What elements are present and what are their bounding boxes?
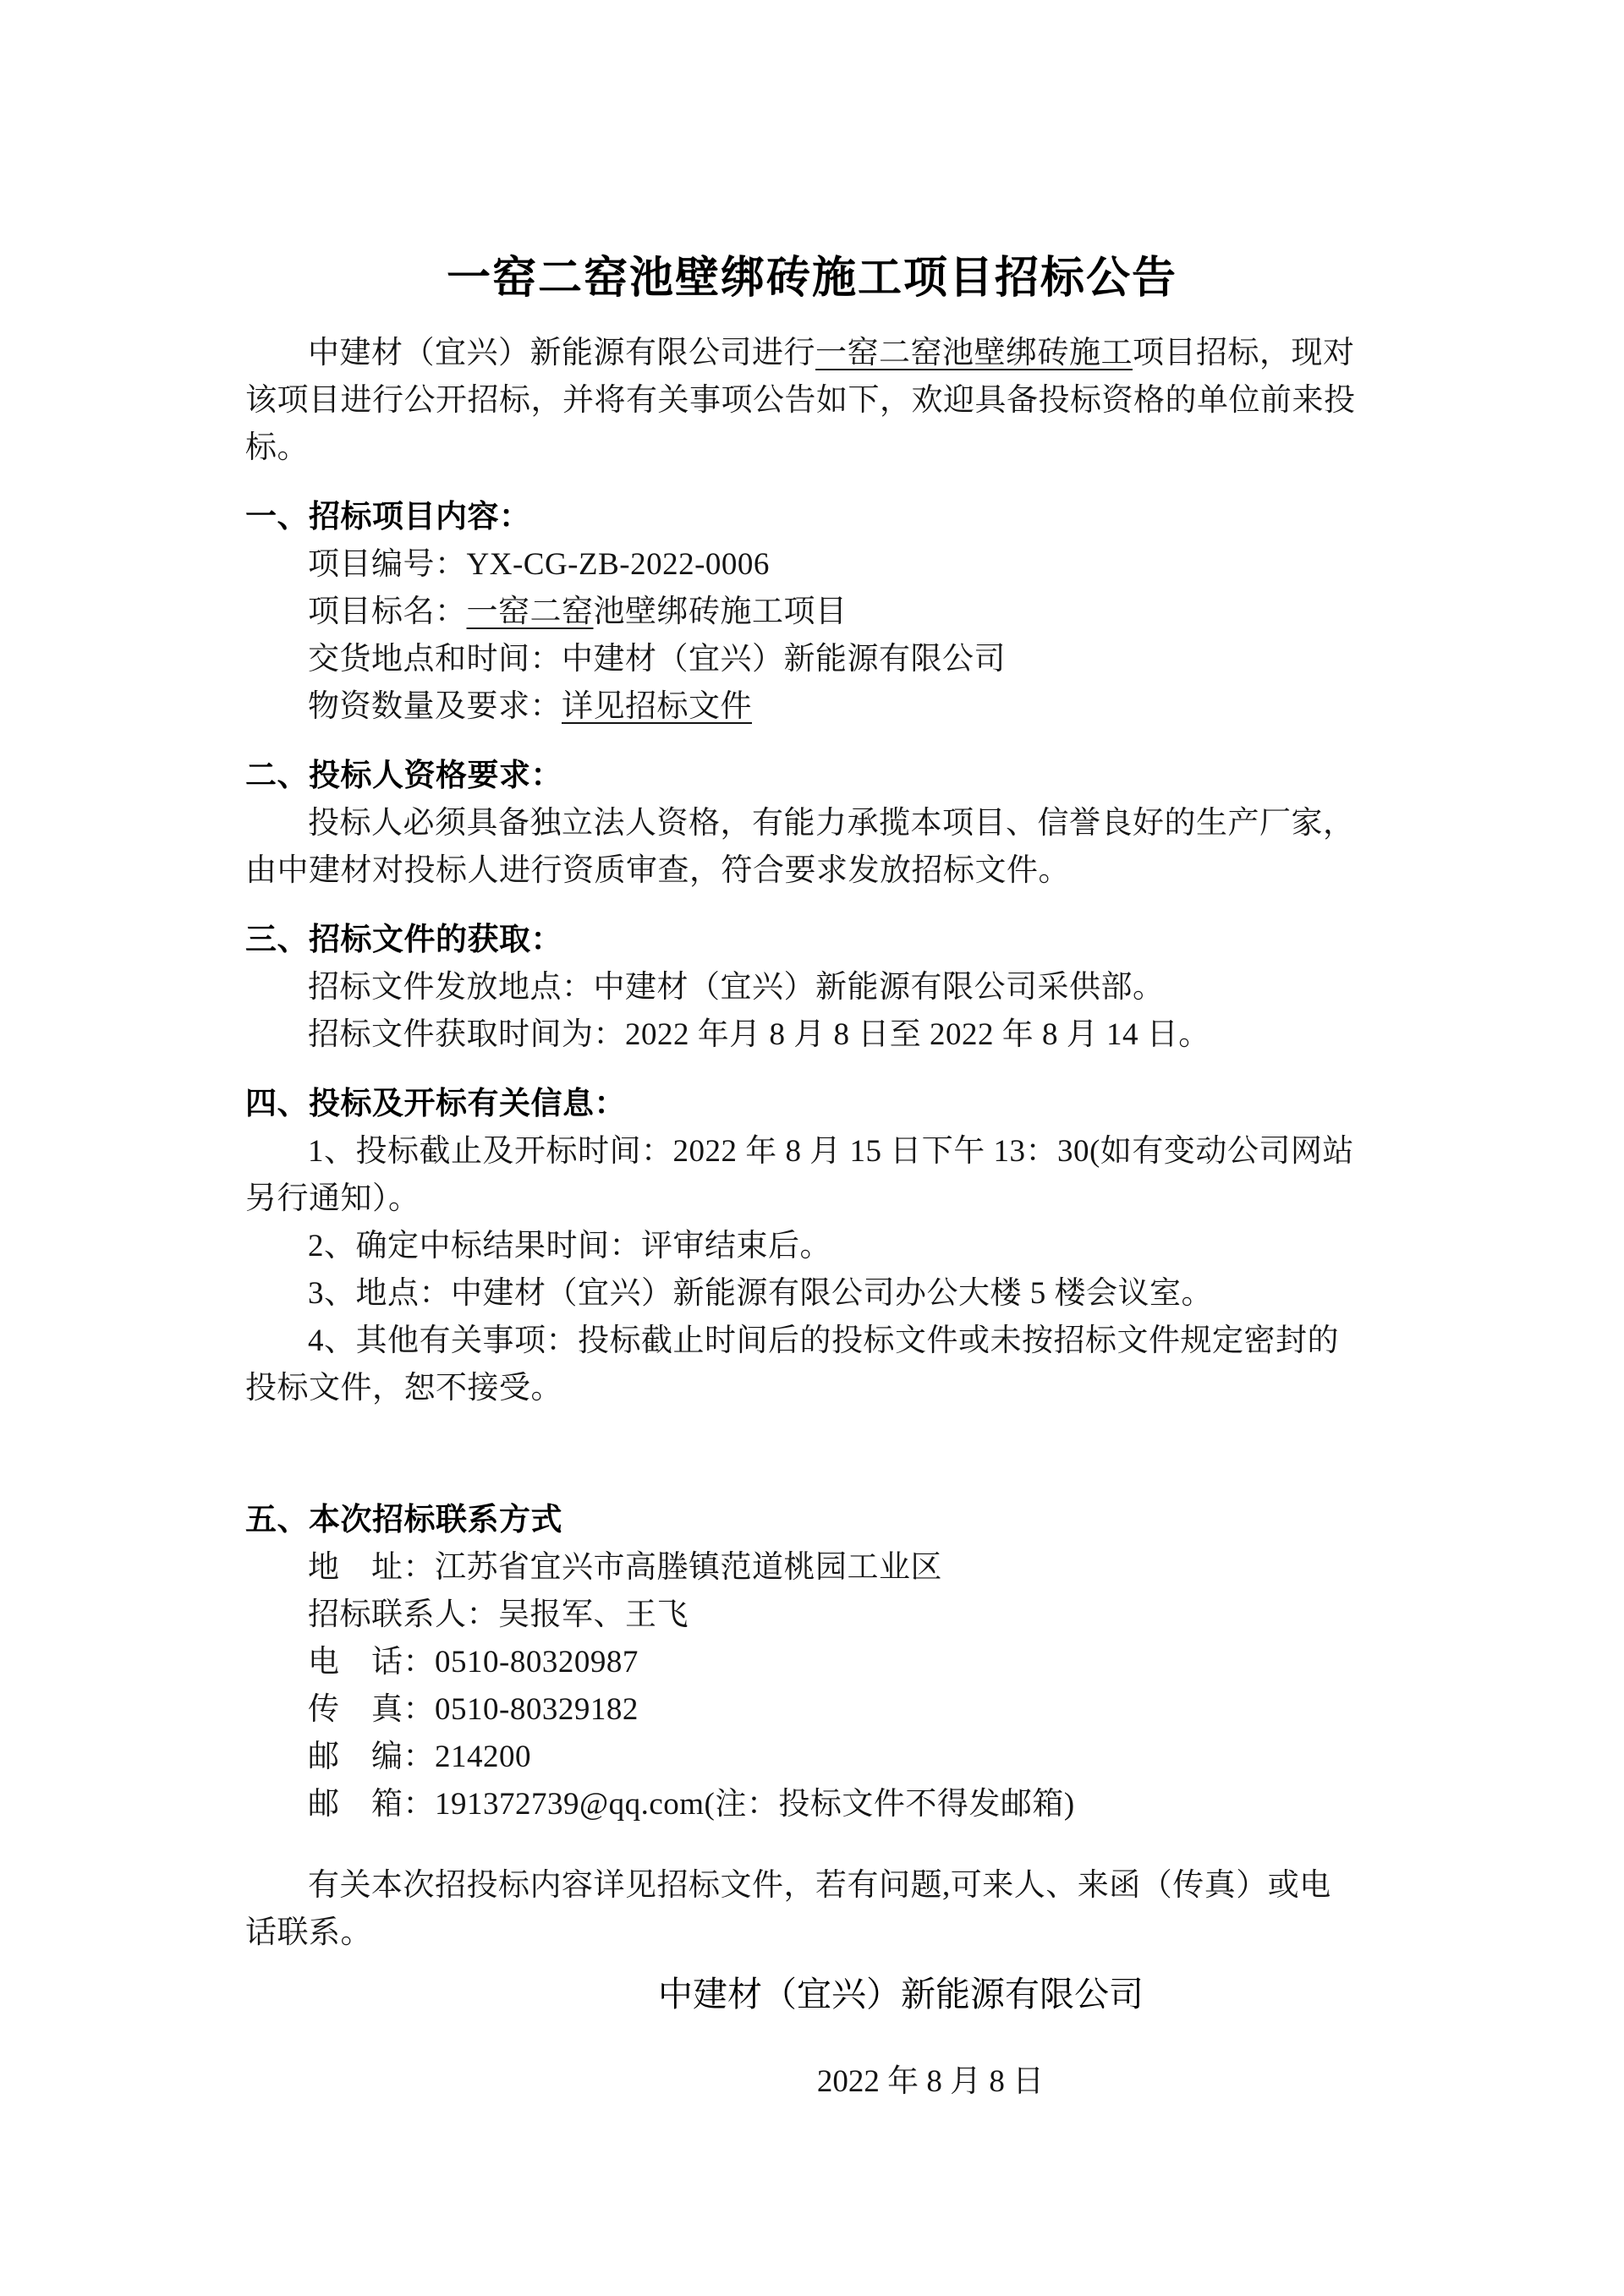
section-1-item-quantity: 物资数量及要求：详见招标文件 [308,683,1379,731]
section-4-item-1-line-1: 1、投标截止及开标时间：2022 年 8 月 15 日下午 13：30(如有变动… [308,1128,1379,1175]
section-3-document-obtaining: 三、招标文件的获取： 招标文件发放地点：中建材（宜兴）新能源有限公司采供部。 招… [245,917,1379,1059]
intro-line-3: 标。 [245,425,1379,472]
contact-email: 邮 箱：191372739@qq.com(注：投标文件不得发邮箱) [308,1781,1379,1828]
section-2-line-2: 由中建材对投标人进行资质审查，符合要求发放招标文件。 [245,847,1379,895]
section-3-heading: 三、招标文件的获取： [245,917,1379,964]
section-4-heading: 四、投标及开标有关信息： [245,1081,1379,1128]
contact-person: 招标联系人：吴报军、王飞 [308,1592,1379,1639]
section-1-heading: 一、招标项目内容： [245,494,1379,541]
section-1-item-project-code: 项目编号：YX-CG-ZB-2022-0006 [308,541,1379,589]
quantity-label: 物资数量及要求： [308,689,562,724]
section-3-line-time: 招标文件获取时间为：2022 年月 8 月 8 日至 2022 年 8 月 14… [308,1011,1379,1059]
section-1-item-project-name: 项目标名：一窑二窑池壁绑砖施工项目 [308,589,1379,636]
section-4-bid-opening-info: 四、投标及开标有关信息： 1、投标截止及开标时间：2022 年 8 月 15 日… [245,1081,1379,1412]
intro-line-1-pre: 中建材（宜兴）新能源有限公司进行 [308,336,815,370]
contact-address: 地 址：江苏省宜兴市高塍镇范道桃园工业区 [308,1544,1379,1592]
issue-date: 2022 年 8 月 8 日 [364,2058,1497,2106]
document-page: 一窑二窑池壁绑砖施工项目招标公告 中建材（宜兴）新能源有限公司进行一窑二窑池壁绑… [0,0,1624,2296]
contact-fax: 传 真：0510-80329182 [308,1686,1379,1734]
closing-line-1: 有关本次招投标内容详见招标文件，若有问题,可来人、来函（传真）或电 [308,1862,1379,1910]
section-3-line-location: 招标文件发放地点：中建材（宜兴）新能源有限公司采供部。 [308,964,1379,1011]
project-name-rest: 池壁绑砖施工项目 [594,595,848,629]
contact-zipcode: 邮 编：214200 [308,1734,1379,1781]
document-title: 一窑二窑池壁绑砖施工项目招标公告 [245,254,1379,304]
project-name-label: 项目标名： [308,595,467,629]
section-2-bidder-qualification: 二、投标人资格要求： 投标人必须具备独立法人资格，有能力承揽本项目、信誉良好的生… [245,753,1379,895]
section-1-item-delivery: 交货地点和时间：中建材（宜兴）新能源有限公司 [308,636,1379,683]
issuer-signature: 中建材（宜兴）新能源有限公司 [334,1969,1468,2019]
closing-line-2: 话联系。 [245,1910,1379,1957]
intro-line-1-post: 项目招标，现对 [1133,336,1355,370]
intro-line-1-underlined-project: 一窑二窑池壁绑砖施工 [815,336,1133,370]
section-4-item-2: 2、确定中标结果时间：评审结束后。 [308,1223,1379,1270]
section-2-heading: 二、投标人资格要求： [245,753,1379,800]
section-1-tender-content: 一、招标项目内容： 项目编号：YX-CG-ZB-2022-0006 项目标名：一… [245,494,1379,731]
quantity-underlined: 详见招标文件 [562,689,752,724]
section-4-item-3: 3、地点：中建材（宜兴）新能源有限公司办公大楼 5 楼会议室。 [308,1270,1379,1318]
section-2-line-1: 投标人必须具备独立法人资格，有能力承揽本项目、信誉良好的生产厂家， [308,800,1379,847]
section-5-contact-info: 五、本次招标联系方式 地 址：江苏省宜兴市高塍镇范道桃园工业区 招标联系人：吴报… [245,1497,1379,1828]
intro-line-1: 中建材（宜兴）新能源有限公司进行一窑二窑池壁绑砖施工项目招标，现对 [308,330,1379,377]
project-name-underlined: 一窑二窑 [467,595,594,629]
section-5-heading: 五、本次招标联系方式 [245,1497,1379,1544]
intro-line-2: 该项目进行公开招标，并将有关事项公告如下，欢迎具备投标资格的单位前来投 [245,377,1379,425]
contact-phone: 电 话：0510-80320987 [308,1639,1379,1686]
section-4-item-1-line-2: 另行通知）。 [245,1175,1379,1223]
section-4-item-4-line-1: 4、其他有关事项：投标截止时间后的投标文件或未按招标文件规定密封的 [308,1318,1379,1365]
section-4-item-4-line-2: 投标文件，恕不接受。 [245,1365,1379,1412]
